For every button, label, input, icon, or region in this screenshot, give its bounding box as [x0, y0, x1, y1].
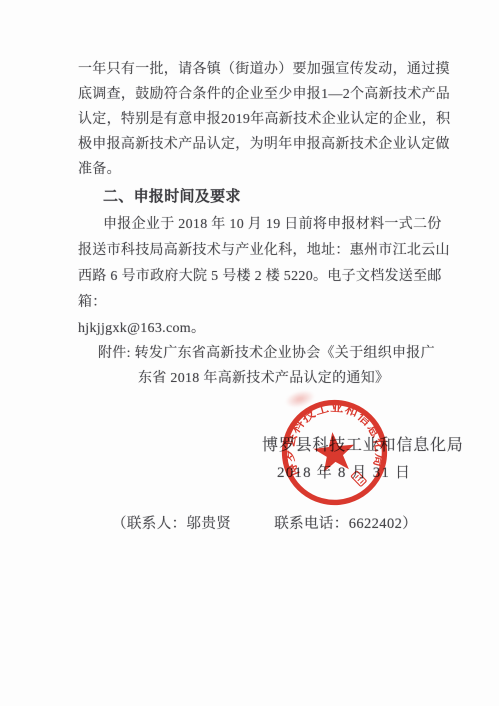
- section-heading: 二、申报时间及要求: [78, 185, 452, 210]
- contact-person: （联系人：邬贵贤: [112, 512, 231, 533]
- seal-code-mark: [351, 471, 367, 487]
- body-paragraph-2: 申报企业于 2018 年 10 月 19 日前将申报材料一式二份 报送市科技局高…: [78, 212, 462, 342]
- scanned-document-page: 一年只有一批，请各镇（街道办）要加强宣传发动，通过摸 底调查，鼓励符合条件的企业…: [0, 0, 499, 706]
- body-paragraph-1: 一年只有一批，请各镇（街道办）要加强宣传发动，通过摸 底调查，鼓励符合条件的企业…: [78, 57, 452, 182]
- attachment-reference-line-1: 附件: 转发广东省高新技术企业协会《关于组织申报广: [98, 341, 435, 366]
- contact-line: （联系人：邬贵贤 联系电话：6622402）: [112, 512, 417, 533]
- contact-phone: 联系电话：6622402）: [274, 512, 417, 533]
- attachment-reference-line-2: 东省 2018 年高新技术产品认定的通知》: [138, 366, 389, 391]
- official-seal-stamp: 博罗县科技工业和信息化局: [276, 394, 394, 512]
- star-icon: [312, 430, 357, 473]
